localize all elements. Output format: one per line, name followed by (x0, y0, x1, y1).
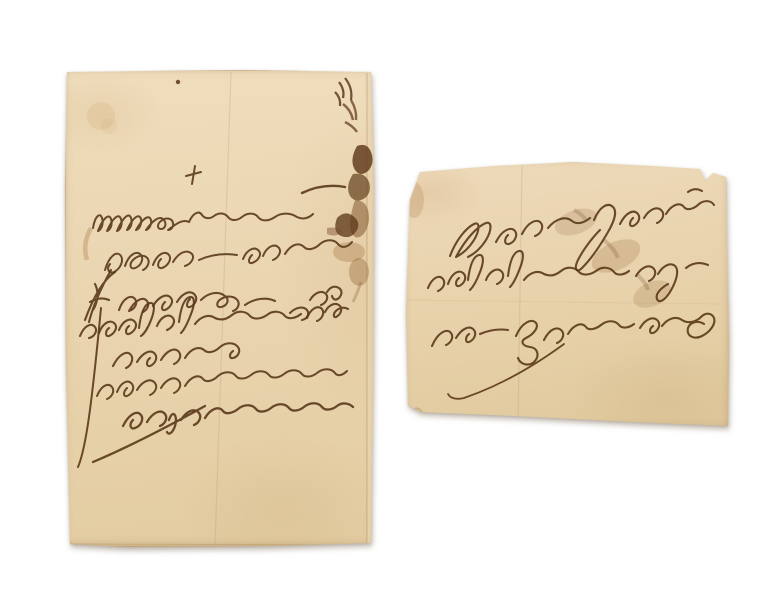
cross-mark (186, 166, 201, 184)
handwriting-line-5 (113, 343, 239, 368)
ink-dot (176, 80, 180, 84)
handwriting-lines (428, 189, 714, 399)
ink-blot (327, 78, 373, 302)
left-note-paper (65, 70, 375, 547)
corner-fold (412, 408, 422, 412)
right-note (404, 160, 730, 430)
left-note-handwriting (65, 70, 375, 547)
handwriting-lines (78, 166, 353, 467)
right-note-handwriting (404, 160, 730, 430)
flourish-tail (448, 344, 564, 399)
photo-scene (0, 0, 768, 601)
creases (408, 166, 720, 422)
paper-stains (85, 80, 180, 260)
ink-smudges (404, 182, 675, 412)
handwriting-line-2 (105, 240, 352, 272)
right-note-paper (404, 160, 730, 430)
handwriting-line-1 (93, 213, 313, 231)
handwriting-line-3 (432, 314, 714, 365)
left-note (65, 70, 375, 547)
fold-crease (215, 72, 231, 545)
dash-mark (302, 186, 345, 193)
handwriting-line-3 (85, 270, 342, 322)
handwriting-line-6 (97, 369, 347, 399)
page-fold-edge (67, 72, 375, 545)
handwriting-line-4 (80, 297, 348, 338)
handwriting-signature (93, 403, 353, 462)
